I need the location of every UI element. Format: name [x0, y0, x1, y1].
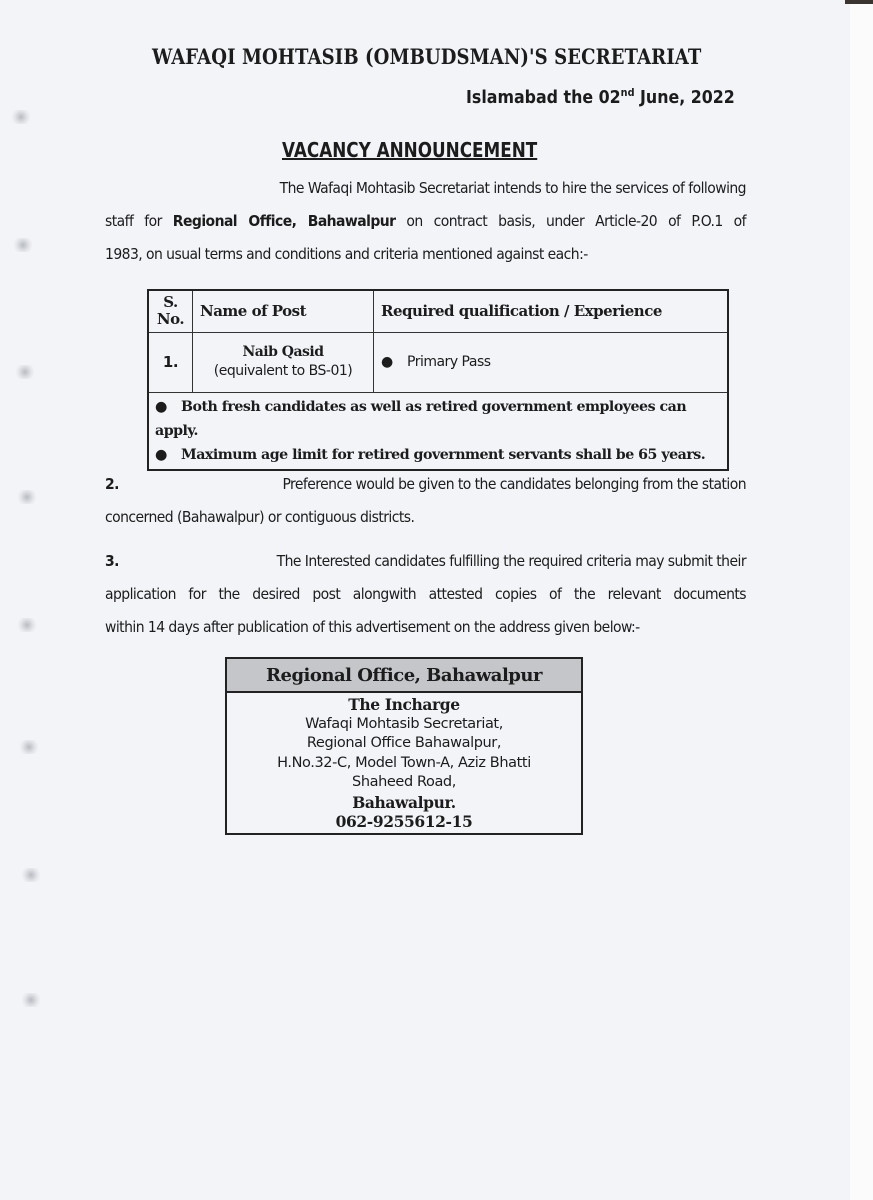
scan-speck — [16, 618, 38, 632]
qualification-text: Primary Pass — [407, 354, 491, 370]
scan-speck — [10, 110, 32, 124]
paragraph-number: 3. — [105, 545, 119, 578]
table-notes-row: ●Both fresh candidates as well as retire… — [148, 392, 728, 470]
intro-text: on contract basis, under Article-20 of P… — [395, 212, 746, 230]
header-sno: S. No. — [148, 290, 193, 332]
scan-speck — [14, 365, 36, 379]
table-header-row: S. No. Name of Post Required qualificati… — [148, 290, 728, 332]
paragraph-2: 2.Preference would be given to the candi… — [105, 468, 746, 534]
office-name: Regional Office, Bahawalpur — [173, 212, 396, 230]
table-row: 1. Naib Qasid (equivalent to BS-01) ●Pri… — [148, 332, 728, 392]
scan-speck — [20, 993, 42, 1007]
table-notes: ●Both fresh candidates as well as retire… — [148, 392, 728, 470]
address-line: H.No.32-C, Model Town-A, Aziz Bhatti — [227, 754, 581, 774]
scan-speck — [18, 740, 40, 754]
address-body: The Incharge Wafaqi Mohtasib Secretariat… — [227, 693, 581, 833]
note-item: ●Both fresh candidates as well as retire… — [155, 395, 720, 443]
paragraph-2-line-2: concerned (Bahawalpur) or contiguous dis… — [105, 501, 746, 534]
bullet-icon: ● — [381, 354, 407, 370]
vacancy-table: S. No. Name of Post Required qualificati… — [147, 289, 729, 471]
date-ordinal: nd — [621, 86, 635, 99]
note-item: ●Maximum age limit for retired governmen… — [155, 443, 720, 467]
address-line: Regional Office Bahawalpur, — [227, 734, 581, 754]
paragraph-3: 3.The Interested candidates fulfilling t… — [105, 545, 746, 644]
scan-speck — [12, 238, 34, 252]
note-text: Maximum age limit for retired government… — [181, 447, 705, 463]
paragraph-3-line-1: 3.The Interested candidates fulfilling t… — [105, 545, 746, 578]
note-text: Both fresh candidates as well as retired… — [155, 399, 686, 439]
paragraph-number: 2. — [105, 468, 119, 501]
post-grade: (equivalent to BS-01) — [200, 362, 366, 381]
intro-paragraph: The Wafaqi Mohtasib Secretariat intends … — [105, 172, 746, 271]
scan-speck — [20, 868, 42, 882]
bullet-icon: ● — [155, 395, 181, 419]
date-prefix: Islamabad the 02 — [466, 87, 621, 108]
intro-line-3: 1983, on usual terms and conditions and … — [105, 238, 746, 271]
bullet-icon: ● — [155, 443, 181, 467]
header-qualification: Required qualification / Experience — [374, 290, 729, 332]
address-recipient: The Incharge — [227, 695, 581, 715]
scan-speck — [16, 490, 38, 504]
row-qualification: ●Primary Pass — [374, 332, 729, 392]
scan-edge-mark — [845, 0, 873, 4]
page-edge — [850, 0, 873, 1200]
address-title: Regional Office, Bahawalpur — [227, 659, 581, 693]
paragraph-text: Preference would be given to the candida… — [282, 468, 746, 501]
paragraph-text: The Interested candidates fulfilling the… — [277, 545, 746, 578]
intro-text: staff for — [105, 212, 173, 230]
address-box: Regional Office, Bahawalpur The Incharge… — [225, 657, 583, 835]
row-sno: 1. — [148, 332, 193, 392]
organization-title: WAFAQI MOHTASIB (OMBUDSMAN)'S SECRETARIA… — [152, 44, 701, 69]
header-post: Name of Post — [193, 290, 374, 332]
issue-date: Islamabad the 02nd June, 2022 — [466, 86, 735, 108]
date-rest: June, 2022 — [635, 87, 735, 108]
paragraph-3-line-3: within 14 days after publication of this… — [105, 611, 746, 644]
address-line: Wafaqi Mohtasib Secretariat, — [227, 715, 581, 735]
post-name: Naib Qasid — [200, 343, 366, 362]
row-post: Naib Qasid (equivalent to BS-01) — [193, 332, 374, 392]
intro-line-2: staff for Regional Office, Bahawalpur on… — [105, 205, 746, 238]
intro-line-1: The Wafaqi Mohtasib Secretariat intends … — [105, 172, 746, 205]
announcement-heading: VACANCY ANNOUNCEMENT — [282, 138, 537, 162]
paragraph-2-line-1: 2.Preference would be given to the candi… — [105, 468, 746, 501]
paragraph-3-line-2: application for the desired post alongwi… — [105, 578, 746, 611]
address-city: Bahawalpur. — [227, 793, 581, 813]
address-line: Shaheed Road, — [227, 773, 581, 793]
address-phone: 062-9255612-15 — [227, 812, 581, 832]
